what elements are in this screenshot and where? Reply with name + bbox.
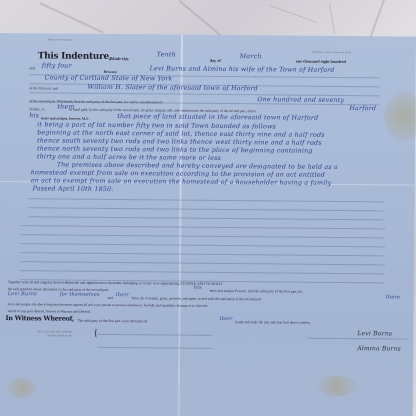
homestead-line: Passed April 10th 1850. <box>33 185 114 193</box>
habendum-his: his <box>194 285 202 291</box>
day-of-label: day of <box>210 58 221 63</box>
stain <box>7 378 37 398</box>
and-label: and <box>30 66 35 70</box>
blank-rule <box>20 270 385 274</box>
witnesseth-line2: in hand paid, by the said party of the s… <box>69 108 256 114</box>
town-value: Harford <box>349 105 376 112</box>
witness-line <box>97 334 212 336</box>
consideration-value: One hundred and seventy <box>257 96 344 104</box>
habendum-line2b: heirs and assigns Forever. And the said … <box>210 289 303 294</box>
testimonium-their: their <box>219 316 232 322</box>
blank-rule <box>28 216 383 220</box>
testimonium-text-b: hands and seals the day and year first a… <box>235 320 310 325</box>
background-vein <box>270 5 317 23</box>
blank-rule <box>20 225 385 229</box>
habendum-their: their <box>116 292 129 298</box>
second-party: William H. Slater of the aforesaid town … <box>87 84 257 92</box>
fold-crease-vertical <box>178 35 183 416</box>
between-label: Between <box>104 70 117 74</box>
background-vein <box>39 2 103 33</box>
first-party-line1: Levi Burns and Almina his wife of the To… <box>150 65 335 74</box>
habendum-line4: heirs and assigns, the above bargained p… <box>8 302 208 308</box>
habendum-there: there <box>386 294 401 300</box>
blank-rule <box>28 207 383 211</box>
blank-rule <box>20 252 385 256</box>
indenture-document: PUBLISHER'S MARK Publisher's Blank Inden… <box>0 33 416 416</box>
blank-rule <box>29 198 384 202</box>
month-value: March <box>240 53 262 60</box>
printer-label-right: Publisher's Blank Indenture Form <box>312 52 351 54</box>
blank-rule <box>20 234 385 238</box>
sealed-label-1: SEALED AND DELIVERED <box>37 330 72 333</box>
year-value: fifty four <box>42 62 72 69</box>
heirs-prefix: his <box>29 112 39 119</box>
stain <box>317 376 357 396</box>
printer-label-left: PUBLISHER'S MARK <box>48 39 72 41</box>
year-prefix: one thousand eight hundred <box>296 59 346 64</box>
habendum-line3: heirs, do covenant, grant, promise, and … <box>132 296 261 301</box>
blank-rule <box>20 261 385 265</box>
habendum-line5: whole or any part thereof, forever to Wa… <box>8 309 91 314</box>
background-vein <box>369 0 385 38</box>
stain <box>384 91 416 141</box>
first-party-line2: County of Cortland State of New York <box>45 74 173 82</box>
witnesseth-line3: heirs and assigns, forever, ALL <box>41 116 89 120</box>
signature-almina-burns: Almina Burns <box>357 345 401 352</box>
testimonium-text-a: The said party of the first part, have h… <box>77 319 147 324</box>
sealed-label-2: IN PRESENCE OF <box>47 334 71 337</box>
first-part-label: of the first part, and <box>30 86 58 90</box>
witnesseth-line1: of the second part. Witnesseth, that the… <box>29 99 162 104</box>
background-vein <box>329 4 335 34</box>
rule <box>29 92 379 96</box>
blank-rule <box>20 243 385 247</box>
made-this-label: Made this <box>111 56 129 61</box>
signature-levi-burns: Levi Burns <box>357 330 392 337</box>
habendum-line1: Together with all and singular the hered… <box>8 280 222 286</box>
witness-whereof-heading: In Witness Whereof, <box>5 314 73 323</box>
witness-line <box>97 347 212 349</box>
witnesseth-line2-prefix: Dollars, to <box>29 107 44 111</box>
for-themselves: for themselves <box>60 292 100 298</box>
signature-line <box>307 338 407 340</box>
land-description-line: that piece of land situated in the afore… <box>117 113 318 122</box>
grantor-name: Levi Burns <box>8 291 37 297</box>
habendum-and: and <box>108 296 113 300</box>
day-value: Tenth <box>157 51 176 58</box>
document-title: This Indenture, <box>38 51 112 62</box>
